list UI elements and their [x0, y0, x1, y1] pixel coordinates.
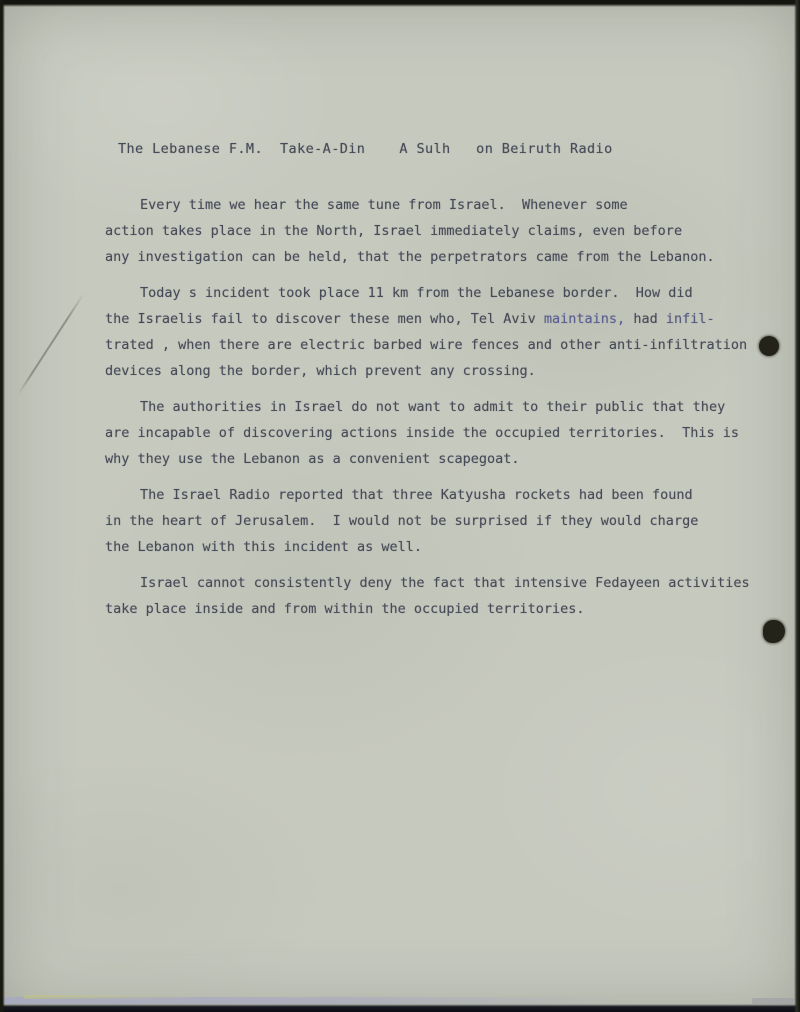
text-line: the Lebanon with this incident as well.	[105, 534, 785, 560]
text-line: trated , when there are electric barbed …	[105, 332, 785, 358]
hole-punch-mark-1	[759, 336, 779, 356]
document-title: The Lebanese F.M. Take-A-Din A Sulh on B…	[118, 141, 613, 157]
text-line: Today s incident took place 11 km from t…	[105, 280, 785, 306]
text-line: devices along the border, which prevent …	[105, 358, 785, 384]
scan-edge-left	[0, 0, 5, 1012]
paragraph-5: Israel cannot consistently deny the fact…	[105, 570, 785, 622]
scratch-mark	[17, 293, 84, 395]
scanned-document-page: The Lebanese F.M. Take-A-Din A Sulh on B…	[0, 0, 800, 1012]
paragraph-2: Today s incident took place 11 km from t…	[105, 280, 785, 384]
scan-edge-right	[794, 0, 800, 1012]
text-line: The Israel Radio reported that three Kat…	[105, 482, 785, 508]
text-line: why they use the Lebanon as a convenient…	[105, 446, 785, 472]
text-line: in the heart of Jerusalem. I would not b…	[105, 508, 785, 534]
text-line: any investigation can be held, that the …	[105, 244, 785, 270]
document-body: Every time we hear the same tune from Is…	[105, 192, 785, 632]
text-line: The authorities in Israel do not want to…	[105, 394, 785, 420]
scan-edge-bottom	[0, 1004, 800, 1012]
hole-punch-mark-2	[763, 620, 785, 643]
paragraph-1: Every time we hear the same tune from Is…	[105, 192, 785, 270]
paragraph-4: The Israel Radio reported that three Kat…	[105, 482, 785, 560]
text-line: Every time we hear the same tune from Is…	[105, 192, 785, 218]
scan-edge-top	[0, 0, 800, 7]
text-line: Israel cannot consistently deny the fact…	[105, 570, 785, 596]
text-line: are incapable of discovering actions ins…	[105, 420, 785, 446]
paragraph-3: The authorities in Israel do not want to…	[105, 394, 785, 472]
text-line: the Israelis fail to discover these men …	[105, 306, 785, 332]
text-line: action takes place in the North, Israel …	[105, 218, 785, 244]
text-line: take place inside and from within the oc…	[105, 596, 785, 622]
under-sheet-edge-tint	[24, 995, 199, 999]
